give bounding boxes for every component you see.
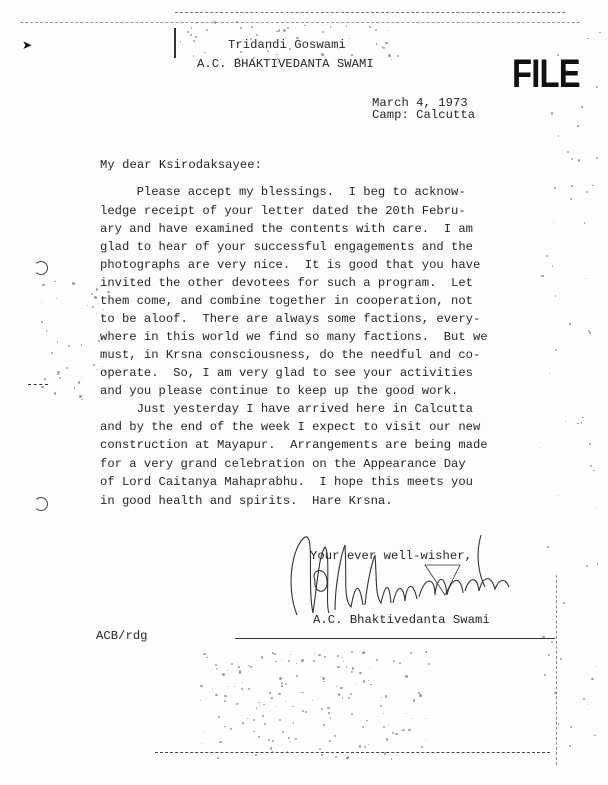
letterhead-mark	[174, 28, 176, 58]
margin-mark	[28, 384, 48, 385]
body-line: must, in Krsna consciousness, do the nee…	[100, 348, 480, 362]
closing: Your ever well-wisher,	[310, 549, 472, 563]
body-line: construction at Mayapur. Arrangements ar…	[100, 438, 488, 452]
body-line: in good health and spirits. Hare Krsna.	[100, 494, 393, 508]
punch-hole-icon	[34, 261, 48, 275]
top-border-line-2	[175, 12, 565, 13]
body-line: glad to hear of your successful engageme…	[100, 240, 473, 254]
salutation: My dear Ksirodaksayee:	[100, 158, 262, 172]
file-stamp: FILE	[512, 52, 580, 97]
signature-name: A.C. Bhaktivedanta Swami	[313, 613, 490, 627]
signature-rule	[235, 638, 555, 639]
right-edge-line	[556, 575, 557, 765]
handwritten-signature	[285, 525, 525, 625]
letterhead-title: Tridandi Goswami	[228, 38, 346, 52]
body-line: and by the end of the week I expect to v…	[100, 420, 480, 434]
body-line: them come, and combine together in coope…	[100, 294, 473, 308]
body-line: ary and have examined the contents with …	[100, 222, 473, 236]
bottom-edge-line	[155, 752, 550, 753]
body-line: and you please continue to keep up the g…	[100, 384, 458, 398]
letter-place: Camp: Calcutta	[372, 108, 475, 122]
body-line: invited the other devotees for such a pr…	[100, 276, 473, 290]
reference-initials: ACB/rdg	[96, 629, 148, 643]
body-line: photographs are very nice. It is good th…	[100, 258, 480, 272]
body-line: where in this world we find so many fact…	[100, 330, 488, 344]
body-line: Please accept my blessings. I beg to ack…	[100, 185, 466, 199]
body-line: of Lord Caitanya Mahaprabhu. I hope this…	[100, 475, 473, 489]
body-line: operate. So, I am very glad to see your …	[100, 366, 473, 380]
arrow-mark-icon: ➤	[22, 38, 32, 52]
letter-page: ➤ Tridandi Goswami A.C. BHAKTIVEDANTA SW…	[0, 0, 608, 785]
body-line: to be aloof. There are always some facti…	[100, 312, 480, 326]
top-border-line	[20, 22, 580, 23]
punch-hole-icon	[34, 497, 48, 511]
body-line: Just yesterday I have arrived here in Ca…	[100, 402, 473, 416]
letterhead-name: A.C. BHAKTIVEDANTA SWAMI	[197, 57, 374, 71]
body-line: for a very grand celebration on the Appe…	[100, 457, 466, 471]
body-line: ledge receipt of your letter dated the 2…	[100, 204, 466, 218]
